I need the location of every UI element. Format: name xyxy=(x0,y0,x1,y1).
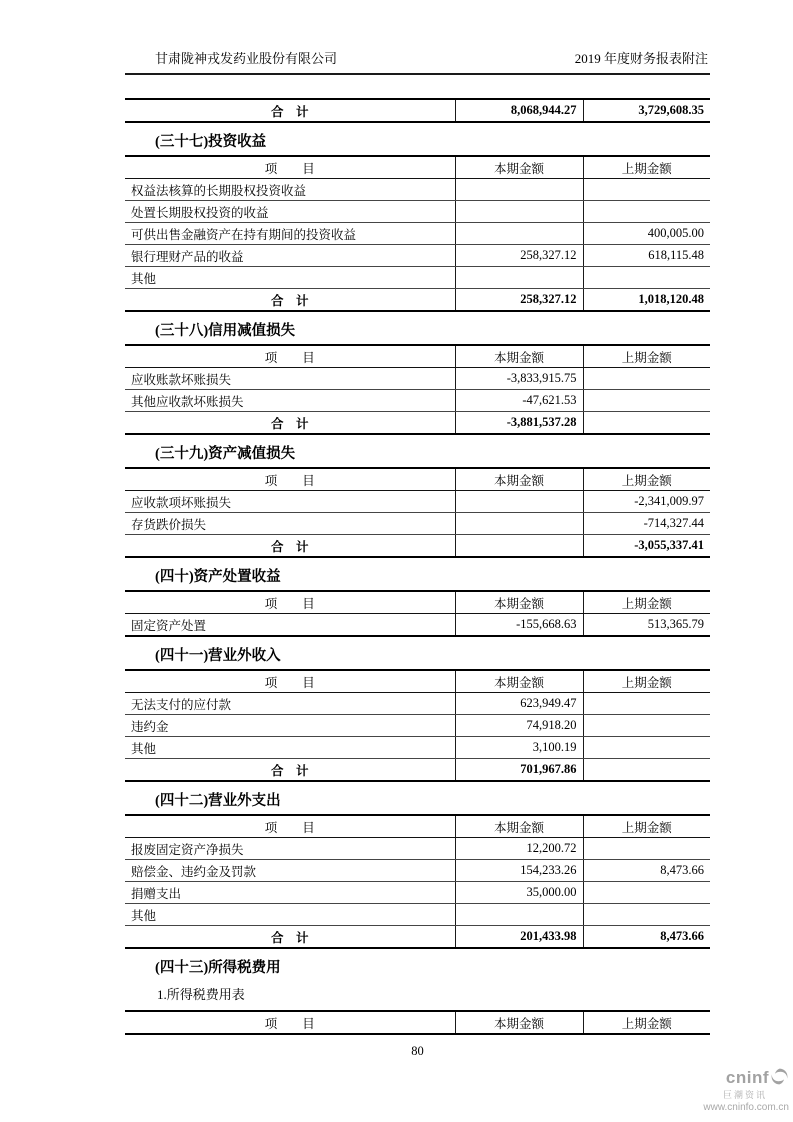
header-cell-current: 本期金额 xyxy=(455,591,583,614)
section-title: (三十七)投资收益 xyxy=(155,134,710,151)
financial-table: 项 目本期金额上期金额应收账款坏账损失-3,833,915.75其他应收款坏账损… xyxy=(125,344,710,435)
section-title: (四十)资产处置收益 xyxy=(155,569,710,586)
cell-item: 应收账款坏账损失 xyxy=(125,368,455,390)
section-title: (三十八)信用减值损失 xyxy=(155,323,710,340)
header-cell-item: 项 目 xyxy=(125,591,455,614)
cell-prior xyxy=(583,882,710,904)
cell-item: 固定资产处置 xyxy=(125,614,455,637)
cell-current xyxy=(455,513,583,535)
table-total-row: 合 计201,433.988,473.66 xyxy=(125,926,710,949)
table-header-row: 项 目本期金额上期金额 xyxy=(125,670,710,693)
cell-current: -3,833,915.75 xyxy=(455,368,583,390)
total-current: 701,967.86 xyxy=(455,759,583,782)
table-total-row: 合 计-3,881,537.28 xyxy=(125,412,710,435)
document-page: 甘肃陇神戎发药业股份有限公司 2019 年度财务报表附注 合 计8,068,94… xyxy=(0,0,793,1122)
cell-item: 无法支付的应付款 xyxy=(125,693,455,715)
cell-current: 35,000.00 xyxy=(455,882,583,904)
table-row: 无法支付的应付款623,949.47 xyxy=(125,693,710,715)
table-total-row: 合 计8,068,944.273,729,608.35 xyxy=(125,99,710,122)
header-cell-prior: 上期金额 xyxy=(583,156,710,179)
table-row: 应收账款坏账损失-3,833,915.75 xyxy=(125,368,710,390)
cell-current: 74,918.20 xyxy=(455,715,583,737)
cell-prior: 8,473.66 xyxy=(583,860,710,882)
header-cell-item: 项 目 xyxy=(125,1011,455,1034)
cell-prior xyxy=(583,267,710,289)
header-cell-prior: 上期金额 xyxy=(583,815,710,838)
total-prior xyxy=(583,412,710,435)
table-wrapper: 项 目本期金额上期金额固定资产处置-155,668.63513,365.79 xyxy=(125,590,710,637)
table-wrapper: 项 目本期金额上期金额报废固定资产净损失12,200.72赔偿金、违约金及罚款1… xyxy=(125,814,710,949)
page-content: 甘肃陇神戎发药业股份有限公司 2019 年度财务报表附注 合 计8,068,94… xyxy=(125,0,710,1035)
cell-prior xyxy=(583,715,710,737)
table-header-row: 项 目本期金额上期金额 xyxy=(125,468,710,491)
total-prior: 8,473.66 xyxy=(583,926,710,949)
cell-current xyxy=(455,904,583,926)
cell-item: 应收款项坏账损失 xyxy=(125,491,455,513)
financial-table: 项 目本期金额上期金额报废固定资产净损失12,200.72赔偿金、违约金及罚款1… xyxy=(125,814,710,949)
total-label: 合 计 xyxy=(125,926,455,949)
swirl-icon xyxy=(770,1067,789,1091)
cell-item: 报废固定资产净损失 xyxy=(125,838,455,860)
table-wrapper: 项 目本期金额上期金额 xyxy=(125,1010,710,1035)
header-cell-prior: 上期金额 xyxy=(583,1011,710,1034)
total-label: 合 计 xyxy=(125,535,455,558)
table-row: 赔偿金、违约金及罚款154,233.268,473.66 xyxy=(125,860,710,882)
cell-current: -47,621.53 xyxy=(455,390,583,412)
header-cell-item: 项 目 xyxy=(125,815,455,838)
section-subtitle: 1.所得税费用表 xyxy=(157,986,710,1003)
cell-item: 其他 xyxy=(125,737,455,759)
cell-prior xyxy=(583,838,710,860)
document-header: 甘肃陇神戎发药业股份有限公司 2019 年度财务报表附注 xyxy=(125,48,710,75)
table-row: 固定资产处置-155,668.63513,365.79 xyxy=(125,614,710,637)
table-row: 可供出售金融资产在持有期间的投资收益400,005.00 xyxy=(125,223,710,245)
table-row: 权益法核算的长期股权投资收益 xyxy=(125,179,710,201)
total-current: -3,881,537.28 xyxy=(455,412,583,435)
table-total-row: 合 计258,327.121,018,120.48 xyxy=(125,289,710,312)
cninfo-logo: cninf 巨潮资讯 www.cninfo.com.cn xyxy=(703,1067,789,1113)
cell-item: 违约金 xyxy=(125,715,455,737)
header-cell-prior: 上期金额 xyxy=(583,591,710,614)
cell-current: 258,327.12 xyxy=(455,245,583,267)
table-header-row: 项 目本期金额上期金额 xyxy=(125,591,710,614)
section-title: (四十一)营业外收入 xyxy=(155,648,710,665)
table-row: 存货跌价损失-714,327.44 xyxy=(125,513,710,535)
logo-url: www.cninfo.com.cn xyxy=(703,1102,789,1113)
cell-prior xyxy=(583,179,710,201)
header-cell-prior: 上期金额 xyxy=(583,468,710,491)
table-row: 其他3,100.19 xyxy=(125,737,710,759)
table-row: 其他 xyxy=(125,267,710,289)
cell-current: 623,949.47 xyxy=(455,693,583,715)
cell-item: 其他 xyxy=(125,267,455,289)
table-row: 违约金74,918.20 xyxy=(125,715,710,737)
section-title: (三十九)资产减值损失 xyxy=(155,446,710,463)
cell-prior: 513,365.79 xyxy=(583,614,710,637)
cell-prior: 400,005.00 xyxy=(583,223,710,245)
header-cell-prior: 上期金额 xyxy=(583,345,710,368)
cell-current: 154,233.26 xyxy=(455,860,583,882)
table-total-row: 合 计701,967.86 xyxy=(125,759,710,782)
header-cell-prior: 上期金额 xyxy=(583,670,710,693)
cell-current: 3,100.19 xyxy=(455,737,583,759)
table-total-row: 合 计-3,055,337.41 xyxy=(125,535,710,558)
company-name: 甘肃陇神戎发药业股份有限公司 xyxy=(155,48,337,67)
total-label: 合 计 xyxy=(125,759,455,782)
cell-current xyxy=(455,491,583,513)
cell-current: 12,200.72 xyxy=(455,838,583,860)
logo-wordmark: cninf xyxy=(726,1069,769,1088)
table-row: 银行理财产品的收益258,327.12618,115.48 xyxy=(125,245,710,267)
financial-table: 合 计8,068,944.273,729,608.35 xyxy=(125,98,710,123)
table-header-row: 项 目本期金额上期金额 xyxy=(125,815,710,838)
cell-item: 可供出售金融资产在持有期间的投资收益 xyxy=(125,223,455,245)
report-title: 2019 年度财务报表附注 xyxy=(575,48,708,67)
total-current: 258,327.12 xyxy=(455,289,583,312)
header-cell-current: 本期金额 xyxy=(455,345,583,368)
table-header-row: 项 目本期金额上期金额 xyxy=(125,345,710,368)
cell-prior xyxy=(583,368,710,390)
cell-item: 权益法核算的长期股权投资收益 xyxy=(125,179,455,201)
header-cell-current: 本期金额 xyxy=(455,1011,583,1034)
table-row: 其他应收款坏账损失-47,621.53 xyxy=(125,390,710,412)
table-header-row: 项 目本期金额上期金额 xyxy=(125,156,710,179)
header-cell-current: 本期金额 xyxy=(455,815,583,838)
financial-table: 项 目本期金额上期金额固定资产处置-155,668.63513,365.79 xyxy=(125,590,710,637)
table-row: 捐赠支出35,000.00 xyxy=(125,882,710,904)
cell-current xyxy=(455,201,583,223)
cell-current xyxy=(455,223,583,245)
cell-item: 银行理财产品的收益 xyxy=(125,245,455,267)
header-cell-item: 项 目 xyxy=(125,670,455,693)
table-row: 应收款项坏账损失-2,341,009.97 xyxy=(125,491,710,513)
logo-chinese-name: 巨潮资讯 xyxy=(703,1091,767,1101)
table-header-row: 项 目本期金额上期金额 xyxy=(125,1011,710,1034)
total-prior xyxy=(583,759,710,782)
total-prior: 3,729,608.35 xyxy=(583,99,710,122)
cell-item: 其他 xyxy=(125,904,455,926)
page-number: 80 xyxy=(125,1044,710,1059)
total-current: 201,433.98 xyxy=(455,926,583,949)
total-prior: 1,018,120.48 xyxy=(583,289,710,312)
cell-current: -155,668.63 xyxy=(455,614,583,637)
total-prior: -3,055,337.41 xyxy=(583,535,710,558)
table-row: 报废固定资产净损失12,200.72 xyxy=(125,838,710,860)
cell-prior xyxy=(583,390,710,412)
financial-table: 项 目本期金额上期金额无法支付的应付款623,949.47违约金74,918.2… xyxy=(125,669,710,782)
section-title: (四十二)营业外支出 xyxy=(155,793,710,810)
logo-top-row: cninf xyxy=(703,1067,789,1091)
total-current xyxy=(455,535,583,558)
cell-current xyxy=(455,179,583,201)
cell-prior xyxy=(583,201,710,223)
header-cell-item: 项 目 xyxy=(125,156,455,179)
cell-current xyxy=(455,267,583,289)
table-wrapper: 项 目本期金额上期金额无法支付的应付款623,949.47违约金74,918.2… xyxy=(125,669,710,782)
header-cell-item: 项 目 xyxy=(125,345,455,368)
table-wrapper: 项 目本期金额上期金额应收账款坏账损失-3,833,915.75其他应收款坏账损… xyxy=(125,344,710,435)
table-wrapper: 项 目本期金额上期金额权益法核算的长期股权投资收益处置长期股权投资的收益可供出售… xyxy=(125,155,710,312)
cell-prior xyxy=(583,693,710,715)
header-cell-current: 本期金额 xyxy=(455,670,583,693)
financial-table: 项 目本期金额上期金额 xyxy=(125,1010,710,1035)
total-current: 8,068,944.27 xyxy=(455,99,583,122)
table-wrapper: 项 目本期金额上期金额应收款项坏账损失-2,341,009.97存货跌价损失-7… xyxy=(125,467,710,558)
header-cell-current: 本期金额 xyxy=(455,468,583,491)
cell-prior: -714,327.44 xyxy=(583,513,710,535)
cell-prior xyxy=(583,904,710,926)
tables-area: 合 计8,068,944.273,729,608.35(三十七)投资收益项 目本… xyxy=(125,98,710,1035)
table-row: 其他 xyxy=(125,904,710,926)
cell-prior xyxy=(583,737,710,759)
header-cell-current: 本期金额 xyxy=(455,156,583,179)
header-cell-item: 项 目 xyxy=(125,468,455,491)
cell-prior: 618,115.48 xyxy=(583,245,710,267)
total-label: 合 计 xyxy=(125,289,455,312)
cell-item: 捐赠支出 xyxy=(125,882,455,904)
financial-table: 项 目本期金额上期金额应收款项坏账损失-2,341,009.97存货跌价损失-7… xyxy=(125,467,710,558)
cell-item: 其他应收款坏账损失 xyxy=(125,390,455,412)
cell-prior: -2,341,009.97 xyxy=(583,491,710,513)
cell-item: 存货跌价损失 xyxy=(125,513,455,535)
financial-table: 项 目本期金额上期金额权益法核算的长期股权投资收益处置长期股权投资的收益可供出售… xyxy=(125,155,710,312)
section-title: (四十三)所得税费用 xyxy=(155,960,710,977)
cell-item: 赔偿金、违约金及罚款 xyxy=(125,860,455,882)
cell-item: 处置长期股权投资的收益 xyxy=(125,201,455,223)
total-label: 合 计 xyxy=(125,412,455,435)
total-label: 合 计 xyxy=(125,99,455,122)
table-row: 处置长期股权投资的收益 xyxy=(125,201,710,223)
